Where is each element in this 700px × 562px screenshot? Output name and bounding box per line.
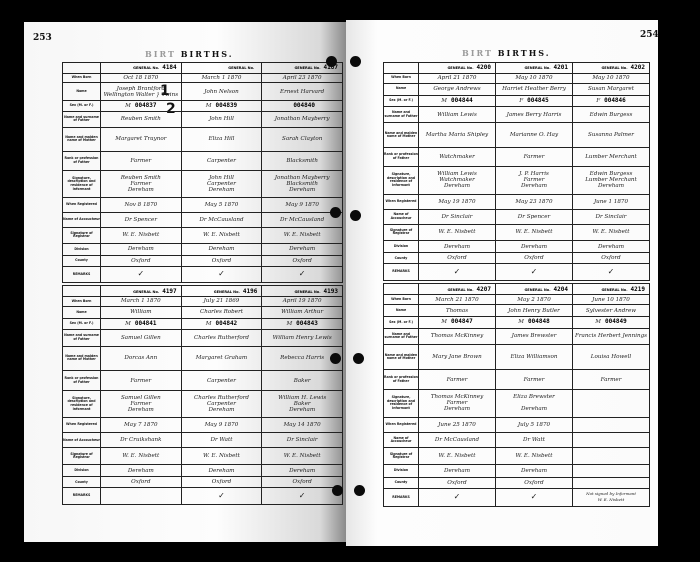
father-cell: James Brewster [496, 328, 573, 345]
remarks-cell: ✓ [573, 264, 650, 281]
sex-cell: M004848 [496, 317, 573, 328]
division-value: Dereham [444, 244, 470, 250]
accoucheur-cell: Dr Spencer [496, 209, 573, 224]
table-row-when-registered: When RegisteredNov 8 1870May 5 1870May 9… [63, 197, 343, 212]
division-cell [573, 465, 650, 478]
registrar-cell: W. E. Nisbett [181, 227, 262, 243]
table-row-when-born: When BornOct 18 1870March 1 1870April 23… [63, 73, 343, 82]
binding-hole [330, 353, 341, 364]
rank-value: Blacksmith [286, 158, 318, 164]
name-cell: George Andrews [419, 83, 496, 95]
rank-cell: Carpenter [181, 152, 262, 171]
table-row-sex: Sex (M. or F.)M004847M004848M004849 [384, 317, 650, 328]
table-row-remarks: REMARKS✓✓✓ [384, 264, 650, 281]
register-table-right-top: GENERAL No.4200GENERAL No.4201GENERAL No… [383, 62, 650, 281]
when-born-cell: May 2 1870 [496, 295, 573, 305]
when-born-cell: Oct 18 1870 [101, 73, 182, 82]
general-number-cell: GENERAL No.4193 [262, 286, 343, 297]
general-number-stamp: 4219 [631, 286, 645, 293]
registrar-value: W. E. Nisbett [439, 229, 476, 235]
father-cell: Samuel Gillen [101, 330, 182, 347]
row-label: County [63, 477, 101, 488]
general-number-label: GENERAL No. [228, 66, 254, 70]
registration-number-stamp: 004845 [527, 97, 549, 104]
rank-value: Farmer [130, 378, 151, 384]
table-row-when-registered: When RegisteredMay 19 1870May 23 1870Jun… [384, 194, 650, 209]
binding-hole [332, 485, 343, 496]
name-value: Ernest Harvard [280, 89, 324, 95]
sex-value: F [596, 98, 600, 104]
when-born-value: April 23 1870 [283, 75, 322, 81]
when-registered-value: June 25 1870 [438, 422, 476, 428]
name-cell: John Nelson [181, 83, 262, 101]
registration-number-stamp: 004849 [605, 318, 627, 325]
father-cell: William Henry Lewis [262, 330, 343, 347]
accoucheur-cell: Dr Sinclair [262, 433, 343, 448]
page-number-left: 253 [33, 33, 52, 43]
registrar-value: W. E. Nisbett [516, 453, 553, 459]
division-cell: Dereham [573, 241, 650, 253]
when-registered-cell: May 19 1870 [419, 194, 496, 209]
sex-value: M [206, 321, 212, 327]
general-number-stamp: 4197 [162, 288, 176, 295]
registrar-value: W. E. Nisbett [439, 453, 476, 459]
registration-number-stamp: 004844 [451, 97, 473, 104]
rank-value: Farmer [601, 377, 622, 383]
row-label: Name [384, 304, 419, 317]
row-label: Name of Accoucheur [384, 209, 419, 224]
row-label: Signature, description and residence of … [63, 390, 101, 418]
remarks-cell: ✓ [496, 488, 573, 506]
division-value: Dereham [521, 244, 547, 250]
informant-cell: Edwin Burgess Lumber Merchant Dereham [573, 167, 650, 194]
rank-value: Farmer [524, 154, 545, 160]
table-row-when-born: When BornApril 21 1870May 10 1870May 10 … [384, 73, 650, 83]
row-label: Name of Accoucheur [63, 433, 101, 448]
name-value: Susan Margaret [588, 86, 634, 92]
when-registered-value: May 23 1870 [515, 199, 552, 205]
accoucheur-value: Dr Spencer [125, 217, 157, 223]
mother-value: Louisa Howell [591, 354, 631, 360]
rank-value: Lumber Merchant [585, 154, 637, 160]
mother-value: Dorcas Ann [124, 355, 157, 361]
when-born-value: March 1 1870 [121, 298, 161, 304]
registrar-cell [573, 448, 650, 465]
division-value: Dereham [128, 246, 154, 252]
mother-value: Margaret Graham [196, 355, 247, 361]
rank-cell: Farmer [573, 370, 650, 390]
general-number-cell: GENERAL No.4184 [101, 63, 182, 74]
accoucheur-value: Dr Sinclair [287, 437, 318, 443]
father-cell: John Hill [181, 111, 262, 127]
registrar-value: W. E. Nisbett [122, 453, 159, 459]
registrar-cell: W. E. Nisbett [262, 448, 343, 465]
father-cell: James Berry Harris [496, 106, 573, 122]
division-value: Dereham [208, 246, 234, 252]
division-cell: Dereham [419, 241, 496, 253]
table-row-sex: Sex (M. or F.)M004837M004839004840 [63, 100, 343, 111]
sex-value: M [206, 103, 212, 109]
father-cell: Edwin Burgess [573, 106, 650, 122]
row-label: Division [63, 243, 101, 255]
rank-value: Baker [294, 378, 311, 384]
when-born-value: May 10 1870 [515, 75, 552, 81]
when-born-value: July 21 1869 [204, 298, 240, 304]
remarks-value: ✓ [137, 269, 144, 278]
name-value: John Nelson [204, 89, 238, 95]
when-registered-value: May 9 1870 [205, 422, 239, 428]
register-table-left-bottom: GENERAL No.4197GENERAL No.4196GENERAL No… [62, 285, 343, 505]
rank-value: Carpenter [207, 378, 236, 384]
general-number-label: GENERAL No. [524, 66, 550, 70]
general-number-label: GENERAL No. [294, 66, 320, 70]
table-row-mother: Name and maiden name of MotherMary Jane … [384, 345, 650, 370]
when-born-cell: March 1 1870 [101, 297, 182, 307]
table-row-name: NameGeorge AndrewsHarriet Heather BerryS… [384, 83, 650, 95]
general-number-stamp: 4184 [162, 64, 176, 71]
row-label: Name and surname of Father [384, 328, 419, 345]
county-cell: Oxford [262, 477, 343, 488]
row-label: When Born [63, 297, 101, 307]
general-number-stamp: 4202 [631, 64, 645, 71]
name-value: Charles Robert [200, 309, 243, 315]
table-row-informant: Signature, description and residence of … [384, 167, 650, 194]
remarks-value: ✓ [531, 492, 538, 501]
registrar-cell: W. E. Nisbett [419, 224, 496, 240]
accoucheur-value: Dr McCausland [435, 437, 479, 443]
division-cell: Dereham [496, 241, 573, 253]
row-label: When Registered [384, 417, 419, 432]
accoucheur-value: Dr Spencer [518, 214, 550, 220]
general-number-row: GENERAL No.4200GENERAL No.4201GENERAL No… [384, 63, 650, 74]
row-label: Name and surname of Father [63, 111, 101, 127]
county-value: Oxford [447, 480, 466, 486]
table-row-father: Name and surname of FatherReuben SmithJo… [63, 111, 343, 127]
row-label: REMARKS [63, 488, 101, 505]
table-row-registrar: Signature of RegistrarW. E. NisbettW. E.… [384, 224, 650, 240]
name-value: Sylvester Andrew [586, 308, 636, 314]
table-row-accoucheur: Name of AccoucheurDr CruikshankDr WattDr… [63, 433, 343, 448]
father-cell: Charles Rutherford [181, 330, 262, 347]
general-number-cell: GENERAL No.4202 [573, 63, 650, 74]
general-number-stamp: 4193 [324, 288, 338, 295]
row-label: When Registered [63, 197, 101, 212]
informant-cell: William Lewis Watchmaker Dereham [419, 167, 496, 194]
sex-value: M [441, 319, 447, 325]
informant-value: Thomas McKinney Farmer Dereham [431, 394, 484, 412]
general-number-stamp: 4196 [243, 288, 257, 295]
when-born-cell: May 10 1870 [496, 73, 573, 83]
when-registered-value: May 14 1870 [284, 422, 321, 428]
informant-value: William H. Lewis Baker Dereham [278, 395, 326, 413]
name-cell: Thomas [419, 304, 496, 317]
when-born-cell: April 19 1870 [262, 297, 343, 307]
informant-cell: Charles Rutherford Carpenter Dereham [181, 390, 262, 418]
informant-cell: William H. Lewis Baker Dereham [262, 390, 343, 418]
row-label: Name of Accoucheur [384, 433, 419, 448]
remarks-cell: ✓ [262, 488, 343, 505]
when-registered-value: June 1 1870 [594, 199, 628, 205]
table-row-when-born: When BornMarch 21 1870May 2 1870June 10 … [384, 295, 650, 305]
rank-cell: Watchmaker [419, 147, 496, 166]
mother-cell: Mary Jane Brown [419, 345, 496, 370]
row-label: Name [63, 83, 101, 101]
when-registered-value: May 9 1870 [285, 202, 319, 208]
row-label: Name and maiden name of Mother [63, 346, 101, 371]
when-born-value: March 1 1870 [202, 75, 242, 81]
rank-cell: Baker [262, 371, 343, 390]
when-born-value: Oct 18 1870 [123, 75, 158, 81]
division-cell: Dereham [419, 465, 496, 478]
table-row-when-registered: When RegisteredMay 7 1870May 9 1870May 1… [63, 418, 343, 433]
accoucheur-cell: Dr Watt [181, 433, 262, 448]
sex-cell: F004846 [573, 95, 650, 106]
general-number-label: GENERAL No. [601, 288, 627, 292]
division-value: Dereham [289, 246, 315, 252]
father-cell: Francis Herbert Jennings [573, 328, 650, 345]
registrar-value: W. E. Nisbett [284, 453, 321, 459]
registration-number-stamp: 004842 [216, 320, 238, 327]
sex-value: M [125, 321, 131, 327]
sex-value: M [286, 321, 292, 327]
when-registered-cell: May 23 1870 [496, 194, 573, 209]
row-label: REMARKS [384, 264, 419, 281]
row-label: REMARKS [384, 488, 419, 506]
rank-cell: Farmer [496, 370, 573, 390]
remarks-cell: Not signed by Informant W. E. Nisbett [573, 488, 650, 506]
table-row-division: DivisionDerehamDereham [384, 465, 650, 478]
division-value: Dereham [208, 468, 234, 474]
when-born-value: June 10 1870 [592, 297, 630, 303]
table-row-registrar: Signature of RegistrarW. E. NisbettW. E.… [384, 448, 650, 465]
rank-value: Farmer [524, 377, 545, 383]
general-number-stamp: 4204 [554, 286, 568, 293]
table-row-rank: Rank or profession of FatherFarmerCarpen… [63, 371, 343, 390]
accoucheur-cell: Dr Cruikshank [101, 433, 182, 448]
row-label: Sex (M. or F.) [384, 317, 419, 328]
informant-value: Eliza Brewster Dereham [513, 394, 555, 412]
general-number-row: GENERAL No.4207GENERAL No.4204GENERAL No… [384, 284, 650, 295]
county-value: Oxford [131, 479, 150, 485]
binding-hole [350, 56, 361, 67]
row-label: Signature of Registrar [384, 448, 419, 465]
row-label: Signature, description and residence of … [384, 389, 419, 417]
accoucheur-cell: Dr Watt [496, 433, 573, 448]
when-born-cell: June 10 1870 [573, 295, 650, 305]
mother-cell: Susanna Palmer [573, 123, 650, 148]
remarks-value: ✓ [218, 269, 225, 278]
rank-value: Carpenter [207, 158, 236, 164]
informant-cell [573, 389, 650, 417]
binding-hole [353, 353, 364, 364]
table-row-division: DivisionDerehamDerehamDereham [384, 241, 650, 253]
title-ghost-left: BIRT [145, 49, 176, 59]
division-value: Dereham [289, 468, 315, 474]
name-cell: Ernest Harvard [262, 83, 343, 101]
accoucheur-cell: Dr Sinclair [573, 209, 650, 224]
rank-cell: Carpenter [181, 371, 262, 390]
table-row-county: CountyOxfordOxford [384, 477, 650, 488]
county-cell: Oxford [419, 477, 496, 488]
rank-cell: Lumber Merchant [573, 147, 650, 166]
sex-cell: F004845 [496, 95, 573, 106]
accoucheur-value: Dr Cruikshank [120, 437, 161, 443]
registrar-cell: W. E. Nisbett [496, 448, 573, 465]
row-label: Rank or profession of Father [63, 152, 101, 171]
mother-value: Margaret Traynor [115, 136, 166, 142]
when-born-value: April 21 1870 [438, 75, 477, 81]
sex-cell: M004841 [101, 319, 182, 330]
row-label: Name and surname of Father [63, 330, 101, 347]
registrar-cell: W. E. Nisbett [419, 448, 496, 465]
division-cell: Dereham [262, 243, 343, 255]
binding-hole [326, 56, 337, 67]
father-cell: Thomas McKinney [419, 328, 496, 345]
general-number-stamp: 4207 [477, 286, 491, 293]
table-row-sex: Sex (M. or F.)M004841M004842M004843 [63, 319, 343, 330]
table-row-accoucheur: Name of AccoucheurDr McCauslandDr Watt [384, 433, 650, 448]
table-row-division: DivisionDerehamDerehamDereham [63, 464, 343, 476]
when-born-value: May 2 1870 [517, 297, 551, 303]
accoucheur-cell: Dr Spencer [101, 212, 182, 227]
registrar-cell: W. E. Nisbett [181, 448, 262, 465]
table-row-rank: Rank or profession of FatherFarmerFarmer… [384, 370, 650, 390]
father-value: Francis Herbert Jennings [575, 333, 647, 339]
informant-value: Samuel Gillen Farmer Dereham [121, 395, 161, 413]
mother-value: Martha Maria Shipley [426, 132, 488, 138]
when-born-cell: March 1 1870 [181, 73, 262, 82]
father-value: Jonathan Mayberry [275, 116, 330, 122]
registration-number-stamp: 004843 [296, 320, 318, 327]
county-value: Oxford [447, 255, 466, 261]
accoucheur-value: Dr Sinclair [596, 214, 627, 220]
remarks-cell: ✓ [496, 264, 573, 281]
county-value: Oxford [601, 255, 620, 261]
accoucheur-value: Dr McCausland [280, 217, 324, 223]
row-label: When Born [384, 73, 419, 83]
when-registered-value: May 19 1870 [438, 199, 475, 205]
division-value: Dereham [598, 244, 624, 250]
row-label: Name and maiden name of Mother [63, 127, 101, 151]
general-number-cell: GENERAL No.4200 [419, 63, 496, 74]
county-cell: Oxford [496, 477, 573, 488]
division-cell: Dereham [101, 243, 182, 255]
county-value: Oxford [212, 258, 231, 264]
county-cell [573, 477, 650, 488]
county-value: Oxford [131, 258, 150, 264]
name-cell: Sylvester Andrew [573, 304, 650, 317]
general-number-label: GENERAL No. [447, 288, 473, 292]
table-row-division: DivisionDerehamDerehamDereham [63, 243, 343, 255]
father-cell: Reuben Smith [101, 111, 182, 127]
informant-value: Reuben Smith Farmer Dereham [121, 175, 161, 193]
name-cell: Harriet Heather Berry [496, 83, 573, 95]
table-row-rank: Rank or profession of FatherWatchmakerFa… [384, 147, 650, 166]
registrar-value: W. E. Nisbett [516, 229, 553, 235]
name-value: Joseph Brantford Wellington Walter } Twi… [104, 86, 178, 98]
title-text-right: BIRTHS. [498, 48, 551, 58]
father-value: Reuben Smith [121, 116, 161, 122]
father-cell: Jonathan Mayberry [262, 111, 343, 127]
accoucheur-value: Dr Sinclair [442, 214, 473, 220]
informant-value: J. P. Harris Farmer Dereham [519, 171, 549, 189]
row-label: When Born [63, 73, 101, 82]
informant-cell: Eliza Brewster Dereham [496, 389, 573, 417]
binding-hole [354, 485, 365, 496]
table-row-accoucheur: Name of AccoucheurDr SpencerDr McCauslan… [63, 212, 343, 227]
general-number-label: GENERAL No. [294, 290, 320, 294]
general-number-cell: GENERAL No.4197 [101, 286, 182, 297]
table-row-informant: Signature, description and residence of … [63, 390, 343, 418]
general-number-cell: GENERAL No.4207 [419, 284, 496, 295]
rank-cell: Blacksmith [262, 152, 343, 171]
name-value: George Andrews [433, 86, 480, 92]
table-row-name: NameJoseph Brantford Wellington Walter }… [63, 83, 343, 101]
informant-cell: John Hill Carpenter Dereham [181, 170, 262, 197]
father-value: Thomas McKinney [431, 333, 484, 339]
row-label: Rank or profession of Father [384, 147, 419, 166]
accoucheur-value: Dr Watt [210, 437, 232, 443]
registrar-cell: W. E. Nisbett [496, 224, 573, 240]
county-cell: Oxford [101, 255, 182, 266]
table-row-accoucheur: Name of AccoucheurDr SinclairDr SpencerD… [384, 209, 650, 224]
table-row-mother: Name and maiden name of MotherMartha Mar… [384, 123, 650, 148]
row-label: Signature, description and residence of … [384, 167, 419, 194]
row-label: When Registered [63, 418, 101, 433]
father-value: Charles Rutherford [194, 335, 249, 341]
general-number-stamp: 4200 [477, 64, 491, 71]
header-corner [63, 63, 101, 74]
name-cell: Charles Robert [181, 306, 262, 318]
registrar-value: W. E. Nisbett [122, 232, 159, 238]
row-label: Signature of Registrar [384, 224, 419, 240]
registration-number-stamp: 004840 [293, 102, 315, 109]
remarks-cell: ✓ [101, 266, 182, 282]
name-cell: William Arthur [262, 306, 343, 318]
when-registered-cell: May 7 1870 [101, 418, 182, 433]
accoucheur-cell: Dr McCausland [181, 212, 262, 227]
registrar-cell: W. E. Nisbett [573, 224, 650, 240]
row-label: Division [63, 464, 101, 476]
sex-value: M [441, 98, 447, 104]
remarks-cell: ✓ [181, 488, 262, 505]
accoucheur-cell: Dr McCausland [419, 433, 496, 448]
general-number-label: GENERAL No. [601, 66, 627, 70]
registrar-value: W. E. Nisbett [203, 232, 240, 238]
remarks-cell: ✓ [181, 266, 262, 282]
rank-value: Farmer [130, 158, 151, 164]
father-value: James Berry Harris [507, 112, 562, 118]
name-cell: Joseph Brantford Wellington Walter } Twi… [101, 83, 182, 101]
mother-cell: Martha Maria Shipley [419, 123, 496, 148]
remarks-value: ✓ [299, 491, 306, 500]
table-row-county: CountyOxfordOxfordOxford [63, 477, 343, 488]
sex-value: M [125, 103, 131, 109]
remarks-value: Not signed by Informant W. E. Nisbett [586, 491, 636, 502]
remarks-cell [101, 488, 182, 505]
table-row-informant: Signature, description and residence of … [63, 170, 343, 197]
rank-value: Watchmaker [439, 154, 475, 160]
county-value: Oxford [292, 479, 311, 485]
registrar-cell: W. E. Nisbett [262, 227, 343, 243]
remarks-value: ✓ [531, 267, 538, 276]
accoucheur-value: Dr Watt [523, 437, 545, 443]
mother-cell: Dorcas Ann [101, 346, 182, 371]
mother-cell: Margaret Traynor [101, 127, 182, 151]
county-value: Oxford [212, 479, 231, 485]
rank-cell: Farmer [101, 371, 182, 390]
division-cell: Dereham [101, 464, 182, 476]
